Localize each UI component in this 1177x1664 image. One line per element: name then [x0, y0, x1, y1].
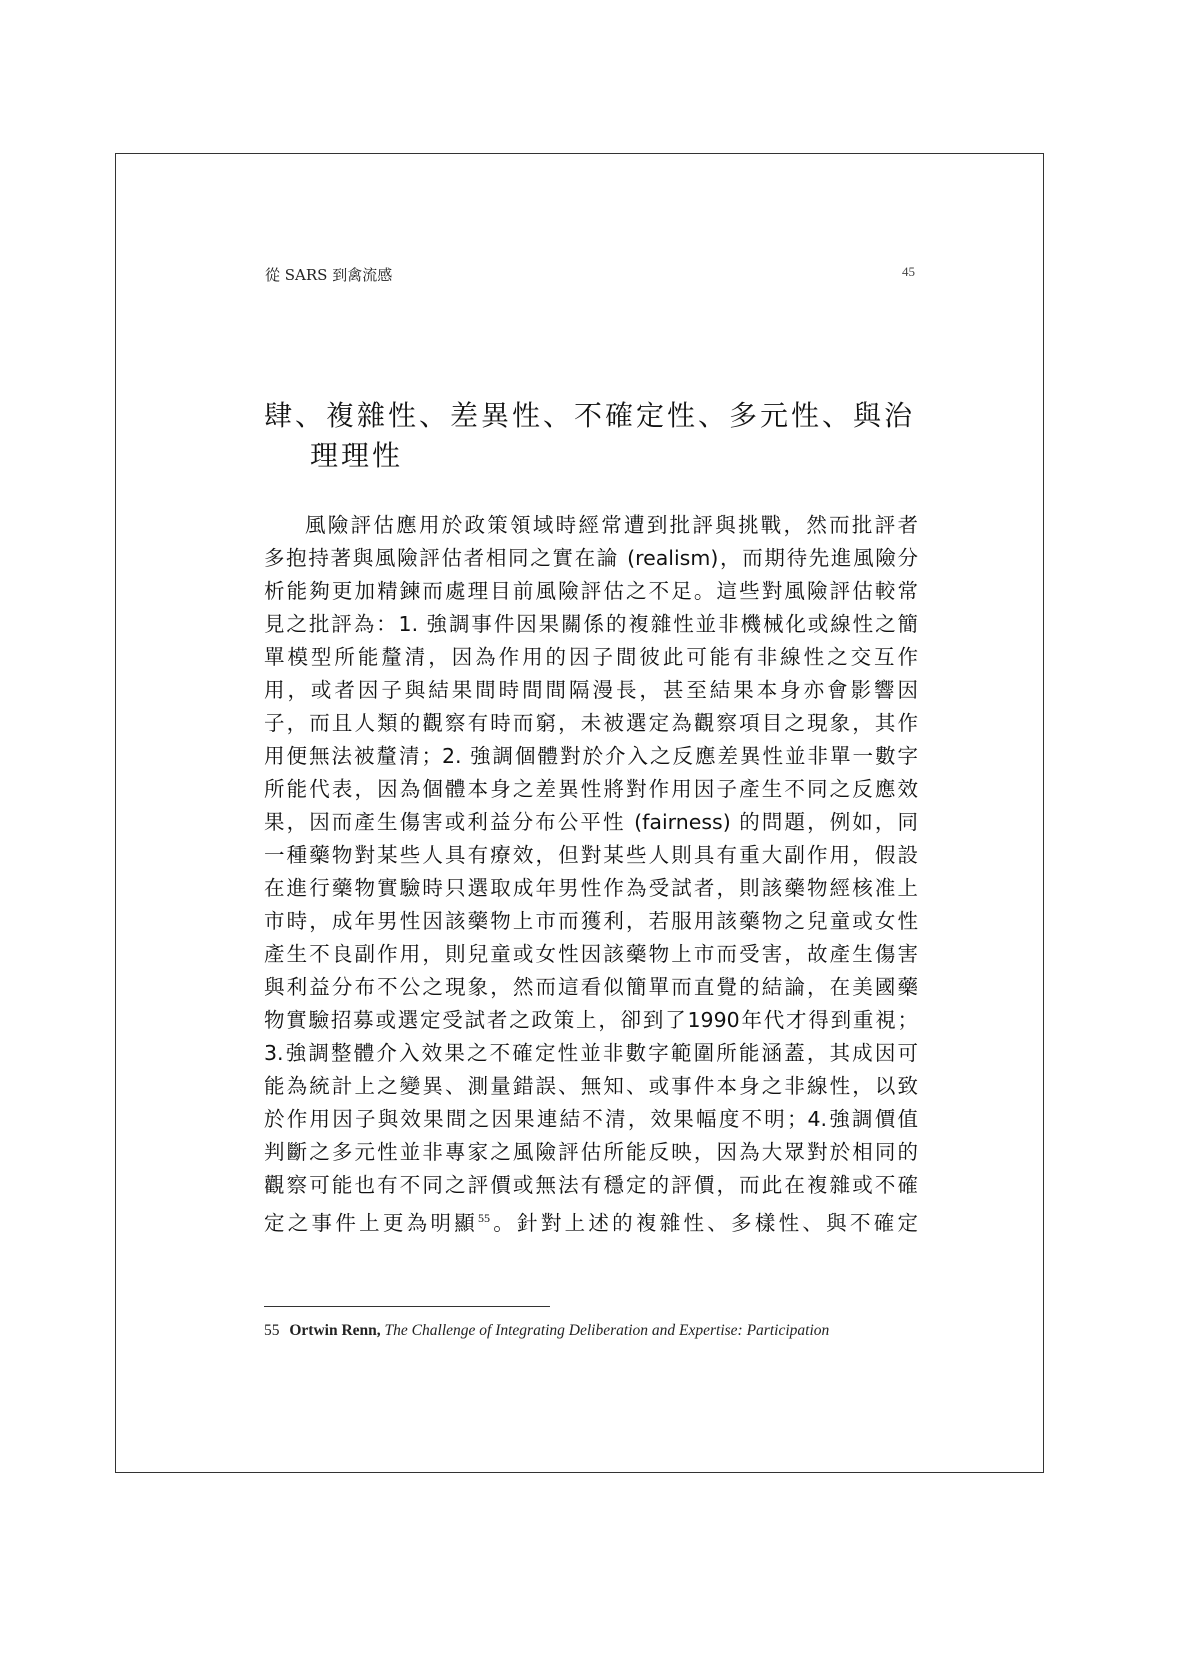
body-line: 用，或者因子與結果間時間間隔漫長，甚至結果本身亦會影響因	[264, 674, 918, 707]
body-line: 觀察可能也有不同之評價或無法有穩定的評價，而此在複雜或不確	[264, 1169, 918, 1202]
section-heading-line-2: 理理性	[264, 436, 924, 476]
footnote: 55 Ortwin Renn, The Challenge of Integra…	[264, 1322, 924, 1340]
running-header-title: 從 SARS 到禽流感	[265, 264, 392, 285]
body-line: 市時，成年男性因該藥物上市而獲利，若服用該藥物之兒童或女性	[264, 905, 918, 938]
footnote-work-title: The Challenge of Integrating Deliberatio…	[385, 1322, 830, 1339]
body-line: 析能夠更加精鍊而處理目前風險評估之不足。這些對風險評估較常	[264, 575, 918, 608]
body-line: 物實驗招募或選定受試者之政策上，卻到了1990年代才得到重視；	[264, 1004, 918, 1037]
footnote-reference[interactable]: 55	[478, 1211, 490, 1225]
body-line: 在進行藥物實驗時只選取成年男性作為受試者，則該藥物經核准上	[264, 872, 918, 905]
body-line: 見之批評為：1. 強調事件因果關係的複雜性並非機械化或線性之簡	[264, 608, 918, 641]
body-line: 3.強調整體介入效果之不確定性並非數字範圍所能涵蓋，其成因可	[264, 1037, 918, 1070]
body-line-with-footnote: 定之事件上更為明顯55。針對上述的複雜性、多樣性、與不確定	[264, 1202, 918, 1240]
page-number: 45	[902, 264, 915, 280]
footnote-separator	[264, 1306, 550, 1307]
body-line: 能為統計上之變異、測量錯誤、無知、或事件本身之非線性，以致	[264, 1070, 918, 1103]
body-line-part: 。針對上述的複雜性、多樣性、與不確定	[490, 1211, 918, 1235]
section-heading-line-1: 肆、複雜性、差異性、不確定性、多元性、與治	[264, 399, 915, 432]
body-line-part: 定之事件上更為明顯	[264, 1211, 478, 1235]
body-line: 於作用因子與效果間之因果連結不清，效果幅度不明；4.強調價值	[264, 1103, 918, 1136]
body-line: 子，而且人類的觀察有時而窮，未被選定為觀察項目之現象，其作	[264, 707, 918, 740]
body-line: 單模型所能釐清，因為作用的因子間彼此可能有非線性之交互作	[264, 641, 918, 674]
body-line: 與利益分布不公之現象，然而這看似簡單而直覺的結論，在美國藥	[264, 971, 918, 1004]
footnote-author: Ortwin Renn,	[289, 1322, 380, 1339]
footnote-number: 55	[264, 1322, 280, 1339]
body-line: 用便無法被釐清；2. 強調個體對於介入之反應差異性並非單一數字	[264, 740, 918, 773]
body-line: 多抱持著與風險評估者相同之實在論 (realism)，而期待先進風險分	[264, 542, 918, 575]
section-heading: 肆、複雜性、差異性、不確定性、多元性、與治 理理性	[264, 396, 924, 476]
body-line: 所能代表，因為個體本身之差異性將對作用因子產生不同之反應效	[264, 773, 918, 806]
body-line: 產生不良副作用，則兒童或女性因該藥物上市而受害，故產生傷害	[264, 938, 918, 971]
body-line: 果，因而產生傷害或利益分布公平性 (fairness) 的問題，例如，同	[264, 806, 918, 839]
body-line: 判斷之多元性並非專家之風險評估所能反映，因為大眾對於相同的	[264, 1136, 918, 1169]
body-line: 一種藥物對某些人具有療效，但對某些人則具有重大副作用，假設	[264, 839, 918, 872]
body-line: 風險評估應用於政策領域時經常遭到批評與挑戰，然而批評者	[264, 509, 918, 542]
body-paragraph: 風險評估應用於政策領域時經常遭到批評與挑戰，然而批評者 多抱持著與風險評估者相同…	[264, 509, 918, 1240]
